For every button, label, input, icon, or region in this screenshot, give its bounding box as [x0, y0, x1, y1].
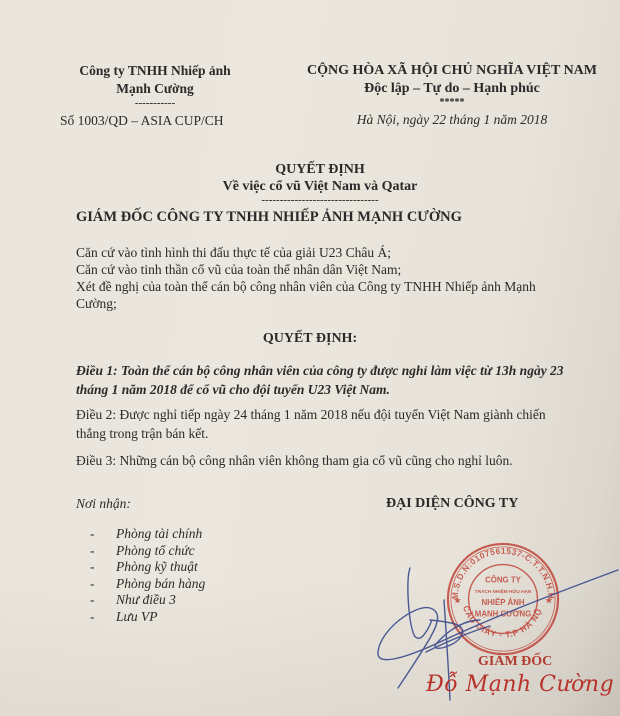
company-header: Công ty TNHH Nhiếp ảnh Mạnh Cường ------… [60, 62, 250, 130]
recipient-item: Phòng kỹ thuật [90, 559, 205, 576]
article-3: Điều 3: Những cán bộ công nhân viên khôn… [76, 453, 566, 469]
decision-heading: QUYẾT ĐỊNH: [0, 331, 620, 347]
header-separator: ----------- [60, 98, 250, 108]
recipients-list: Phòng tài chính Phòng tổ chức Phòng kỹ t… [90, 526, 205, 625]
company-name-line1: Công ty TNHH Nhiếp ảnh [60, 62, 250, 80]
article-2: Điều 2: Được nghỉ tiếp ngày 24 tháng 1 n… [76, 405, 566, 443]
recipient-item: Phòng bán hàng [90, 576, 205, 593]
national-header: CỘNG HÒA XÃ HỘI CHỦ NGHĨA VIỆT NAM Độc l… [302, 62, 602, 129]
representative-label: ĐẠI DIỆN CÔNG TY [386, 496, 518, 512]
recipient-item: Lưu VP [90, 609, 205, 626]
title-separator: -------------------------------- [150, 195, 490, 205]
document-title: QUYẾT ĐỊNH Về việc cổ vũ Việt Nam và Qat… [150, 161, 490, 205]
recipients-label: Nơi nhận: [76, 496, 131, 512]
legal-basis: Căn cứ vào tình hình thi đấu thực tế của… [76, 244, 556, 312]
basis-item: Căn cứ vào tình hình thi đấu thực tế của… [76, 244, 556, 261]
recipient-item: Như điều 3 [90, 592, 205, 609]
title-heading: QUYẾT ĐỊNH [150, 161, 490, 178]
document-date: Hà Nội, ngày 22 tháng 1 năm 2018 [302, 111, 602, 129]
director-heading: GIÁM ĐỐC CÔNG TY TNHH NHIẾP ẢNH MẠNH CƯỜ… [76, 209, 462, 226]
company-name-line2: Mạnh Cường [60, 80, 250, 98]
document-number: Số 1003/QD – ASIA CUP/CH [60, 112, 250, 130]
article-1: Điều 1: Toàn thể cán bộ công nhân viên c… [76, 361, 566, 399]
basis-item: Căn cứ vào tinh thần cổ vũ của toàn thể … [76, 261, 556, 278]
director-name: Đỗ Mạnh Cường [426, 672, 614, 697]
recipient-item: Phòng tài chính [90, 526, 205, 543]
national-motto: Độc lập – Tự do – Hạnh phúc [302, 80, 602, 98]
motto-stars: ***** [302, 98, 602, 107]
recipient-item: Phòng tổ chức [90, 543, 205, 560]
title-subject: Về việc cổ vũ Việt Nam và Qatar [150, 178, 490, 195]
director-position: GIÁM ĐỐC [478, 654, 552, 670]
basis-item: Xét đề nghị của toàn thể cán bộ công nhâ… [76, 278, 556, 312]
republic-title: CỘNG HÒA XÃ HỘI CHỦ NGHĨA VIỆT NAM [302, 62, 602, 80]
